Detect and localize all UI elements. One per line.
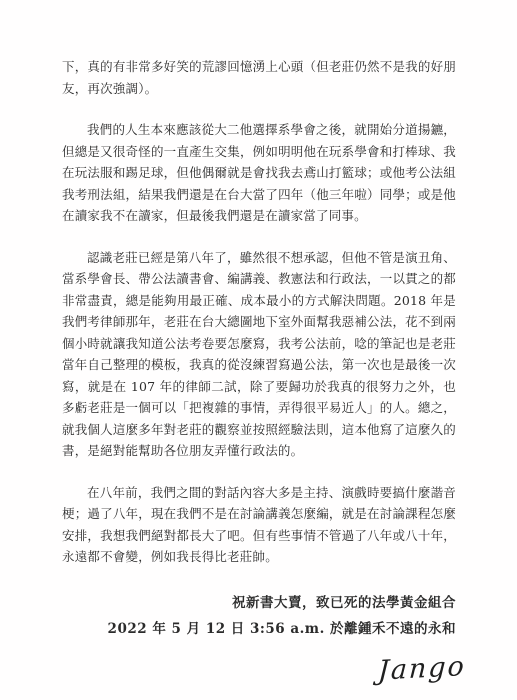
paragraph-conversations: 在八年前，我們之間的對話內容大多是主持、演戲時要搞什麼諧音梗；過了八年，現在我們… <box>62 482 456 568</box>
paragraph-eight-years: 認識老莊已經是第八年了，雖然很不想承認，但他不管是演丑角、當系學會長、帶公法讀書… <box>62 247 456 462</box>
signature-jango: Jango <box>377 650 466 686</box>
closing-block: 祝新書大賣，致已死的法學黃金組合 2022 年 5 月 12 日 3:56 a.… <box>62 590 456 682</box>
paragraph-life-paths: 我們的人生本來應該從大二他選擇系學會之後，就開始分道揚鑣，但總是又很奇怪的一直產… <box>62 119 456 227</box>
closing-line: 祝新書大賣，致已死的法學黃金組合 <box>62 590 456 616</box>
date-line: 2022 年 5 月 12 日 3:56 a.m. 於離鍾禾不遠的永和 <box>62 616 456 642</box>
signature-row: Jango <box>62 642 456 682</box>
paragraph-continuation: 下，真的有非常多好笑的荒謬回憶湧上心頭（但老莊仍然不是我的好朋友，再次強調）。 <box>62 56 456 99</box>
document-page: 下，真的有非常多好笑的荒謬回憶湧上心頭（但老莊仍然不是我的好朋友，再次強調）。 … <box>0 0 517 700</box>
preface-text-block: 下，真的有非常多好笑的荒謬回憶湧上心頭（但老莊仍然不是我的好朋友，再次強調）。 … <box>62 56 456 682</box>
